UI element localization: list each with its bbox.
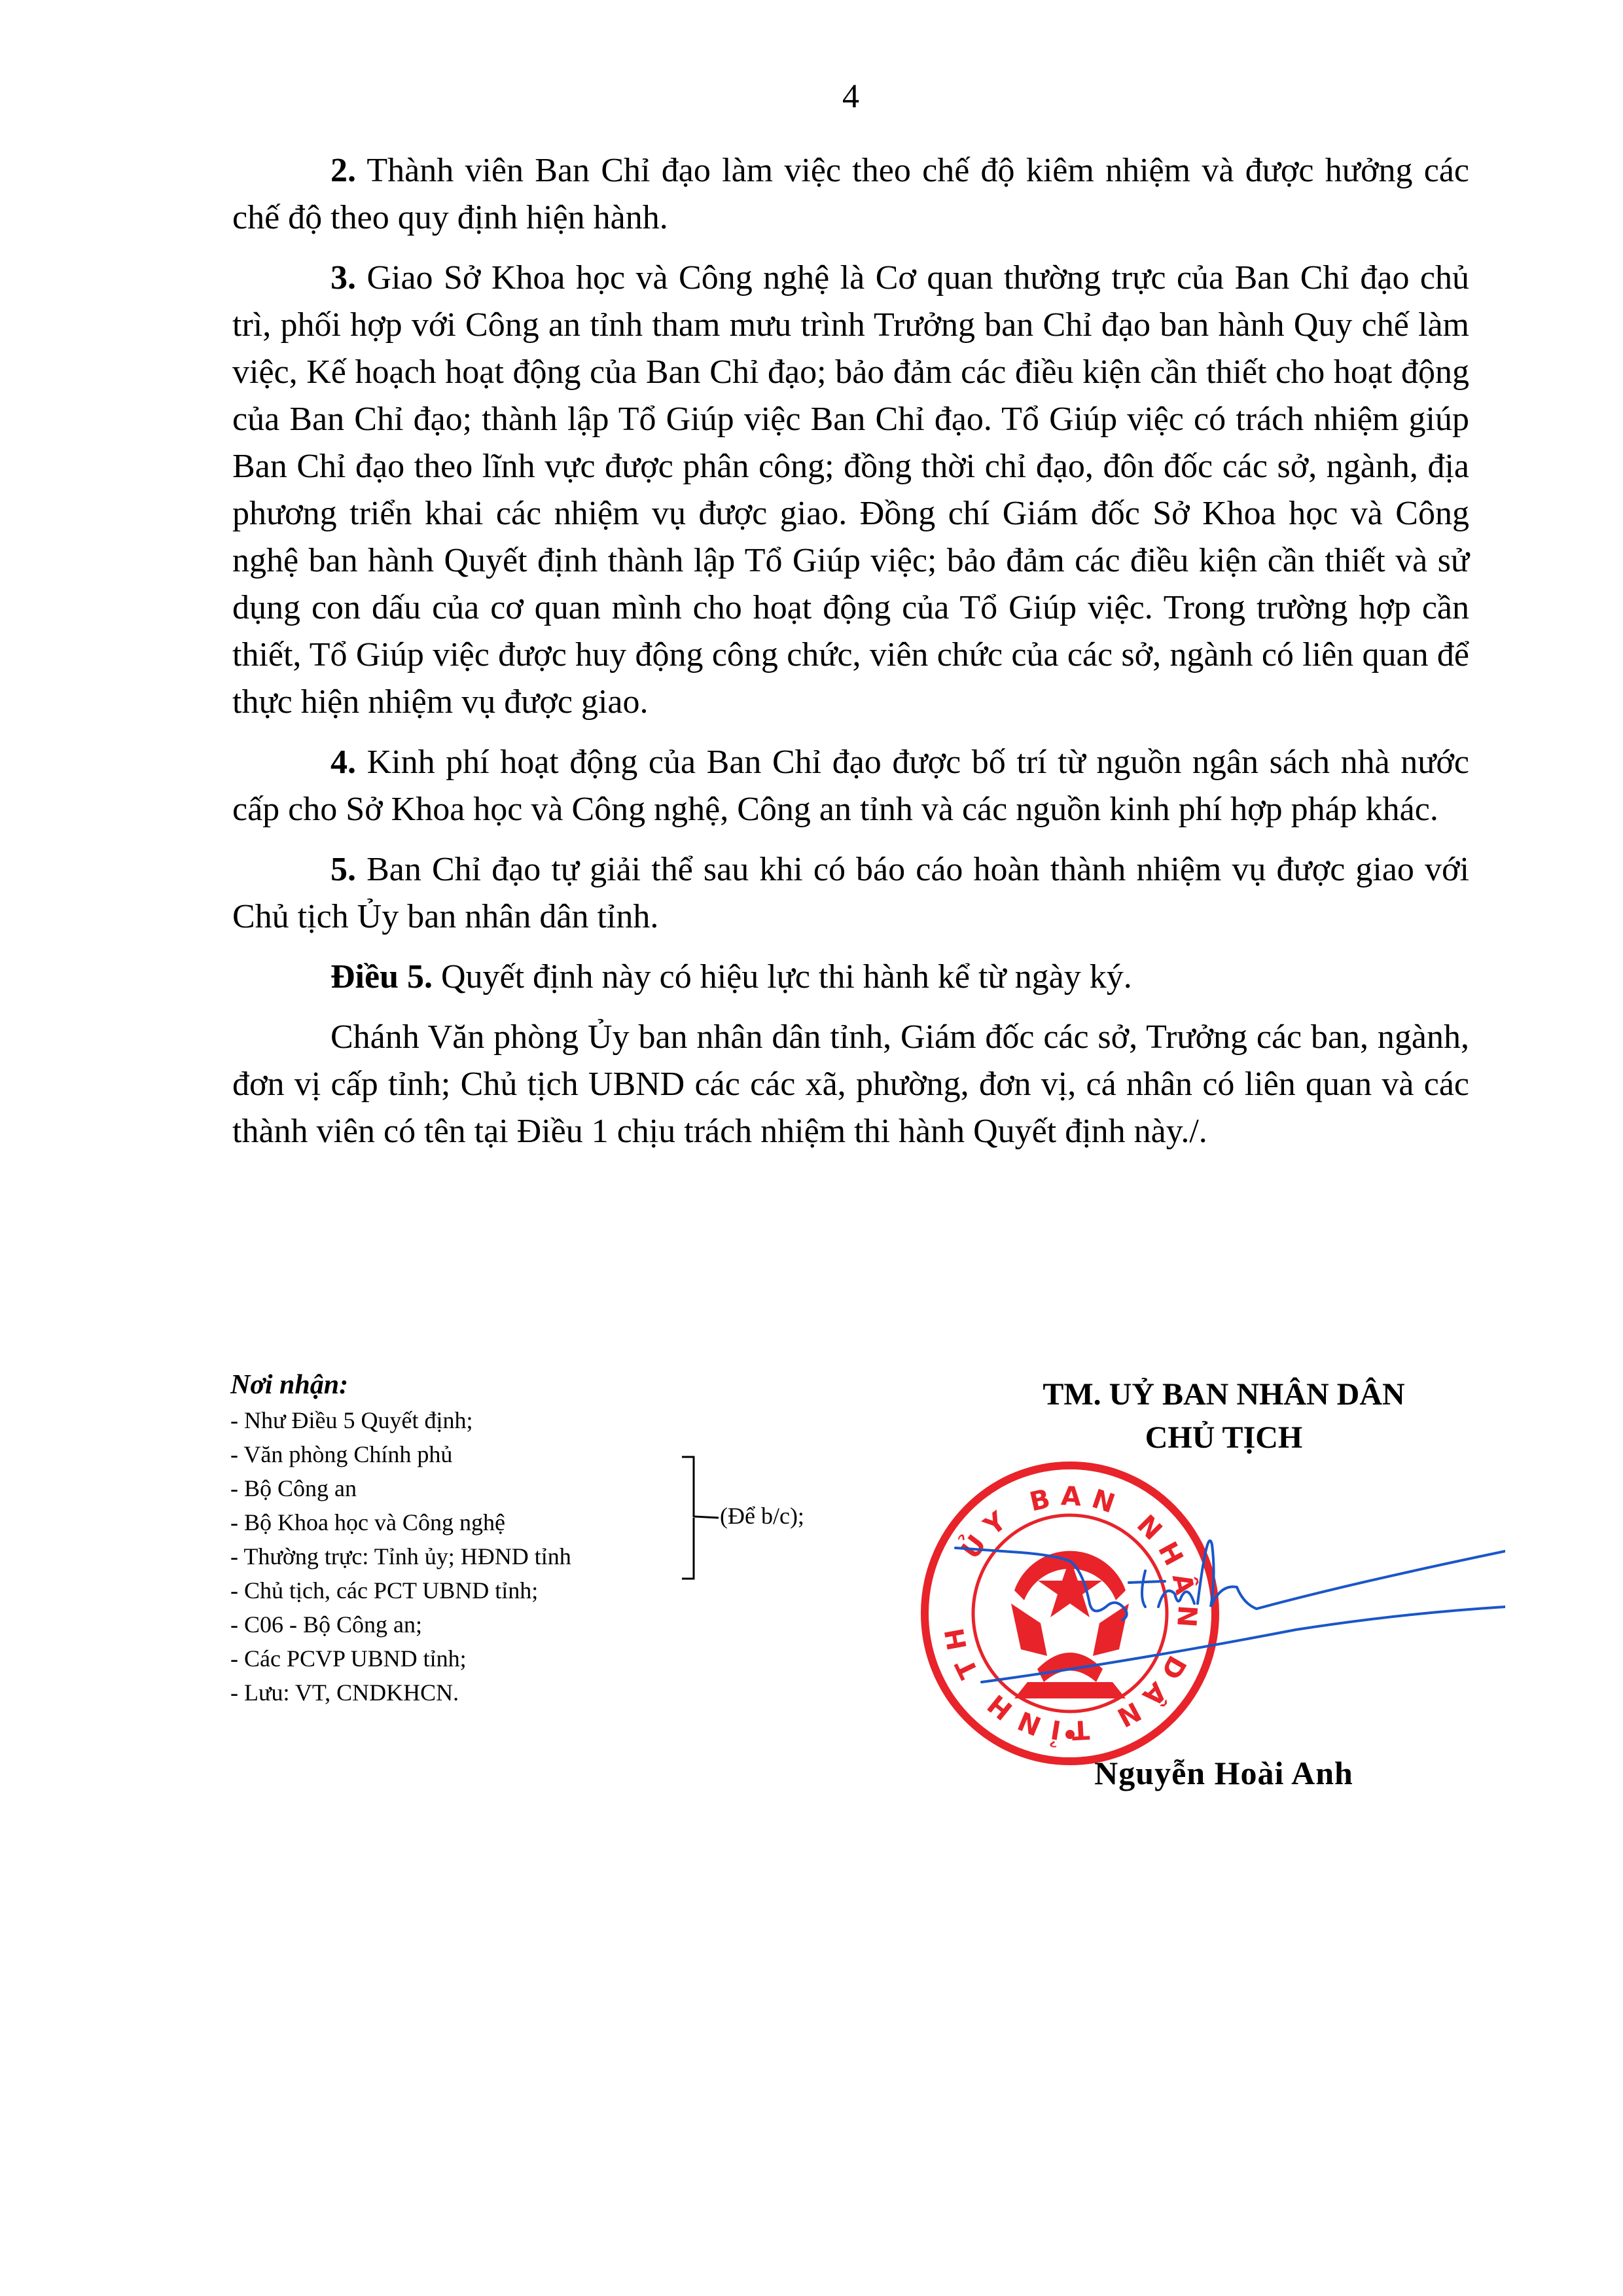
article-heading: Điều 5. — [330, 958, 433, 996]
article-5: Điều 5. Quyết định này có hiệu lực thi h… — [232, 954, 1469, 1001]
recipients-block: Nơi nhận: - Như Điều 5 Quyết định; - Văn… — [230, 1367, 872, 1710]
signer-name: Nguyễn Hoài Anh — [936, 1754, 1512, 1792]
paragraph-text: Quyết định này có hiệu lực thi hành kể t… — [433, 958, 1132, 996]
paragraph-lead: 3. — [330, 259, 356, 296]
signature-block: TM. UỶ BAN NHÂN DÂN CHỦ TỊCH — [936, 1373, 1512, 1460]
recipient-item: - Văn phòng Chính phủ — [230, 1437, 872, 1471]
paragraph-text: Giao Sở Khoa học và Công nghệ là Cơ quan… — [232, 259, 1469, 721]
recipient-item: - Lưu: VT, CNDKHCN. — [230, 1676, 872, 1710]
recipients-group-label: (Để b/c); — [720, 1499, 804, 1533]
recipient-item: - Các PCVP UBND tỉnh; — [230, 1641, 872, 1676]
recipient-item: - Như Điều 5 Quyết định; — [230, 1403, 872, 1437]
paragraph-text: Ban Chỉ đạo tự giải thể sau khi có báo c… — [232, 851, 1469, 935]
paragraph-lead: 2. — [330, 152, 356, 189]
recipient-item: - Thường trực: Tỉnh ủy; HĐND tỉnh — [230, 1539, 872, 1573]
signing-authority: TM. UỶ BAN NHÂN DÂN — [936, 1373, 1512, 1416]
paragraph-3: 3. Giao Sở Khoa học và Công nghệ là Cơ q… — [232, 255, 1469, 726]
handwritten-signature — [929, 1499, 1505, 1715]
paragraph-4: 4. Kinh phí hoạt động của Ban Chỉ đạo đư… — [232, 739, 1469, 833]
paragraph-text: Kinh phí hoạt động của Ban Chỉ đạo được … — [232, 744, 1469, 828]
page-number: 4 — [0, 77, 1623, 116]
paragraph-lead: 5. — [330, 851, 356, 888]
document-body: 2. Thành viên Ban Chỉ đạo làm việc theo … — [232, 147, 1469, 1168]
paragraph-text: Thành viên Ban Chỉ đạo làm việc theo chế… — [232, 152, 1469, 236]
right-brace-icon — [681, 1456, 720, 1580]
paragraph-lead: 4. — [330, 744, 356, 781]
paragraph-text: Chánh Văn phòng Ủy ban nhân dân tỉnh, Gi… — [232, 1018, 1469, 1150]
recipient-item: - C06 - Bộ Công an; — [230, 1607, 872, 1641]
paragraph-2: 2. Thành viên Ban Chỉ đạo làm việc theo … — [232, 147, 1469, 242]
recipients-title: Nơi nhận: — [230, 1367, 872, 1403]
paragraph-5: 5. Ban Chỉ đạo tự giải thể sau khi có bá… — [232, 846, 1469, 941]
recipient-item: - Chủ tịch, các PCT UBND tỉnh; — [230, 1573, 872, 1607]
paragraph-implementation: Chánh Văn phòng Ủy ban nhân dân tỉnh, Gi… — [232, 1014, 1469, 1155]
signer-title: CHỦ TỊCH — [936, 1416, 1512, 1460]
